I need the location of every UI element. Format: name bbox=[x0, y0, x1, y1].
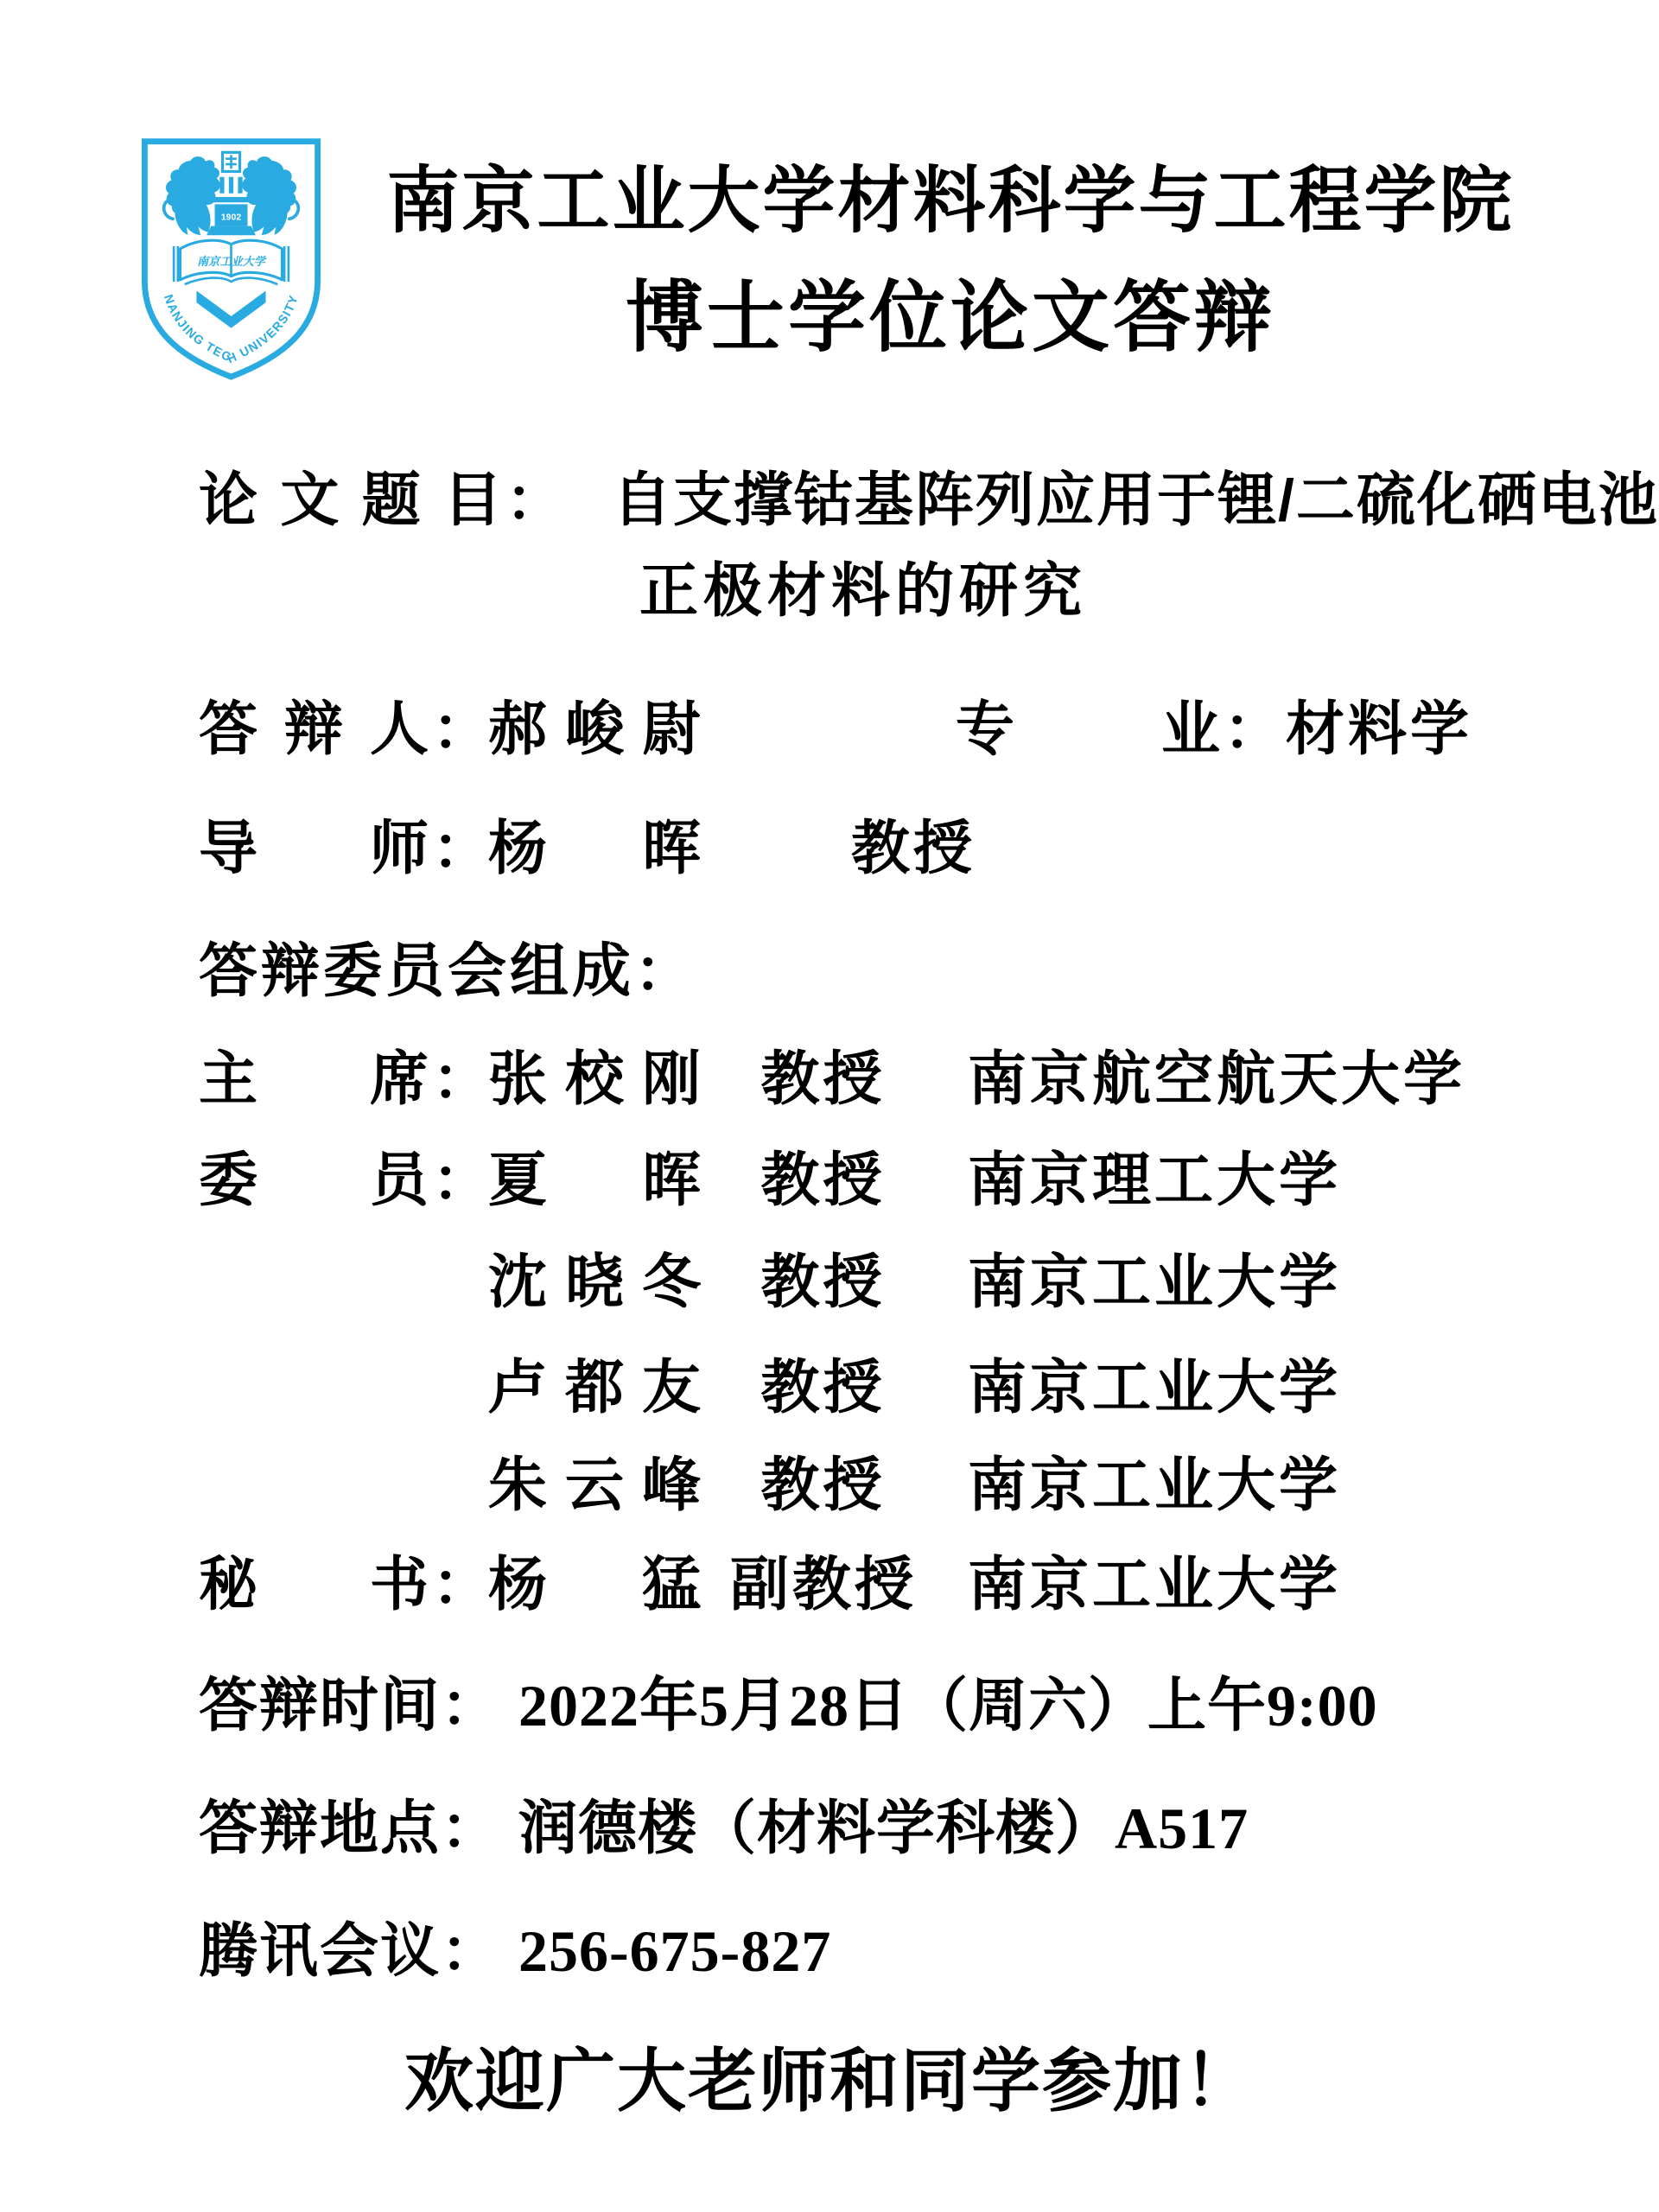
role-label: 委员 bbox=[199, 1151, 432, 1210]
time-label: 答辩时间 bbox=[199, 1673, 441, 1738]
member-title: 教授 bbox=[730, 1456, 916, 1515]
poster-header: 南京工业大学材料科学与工程学院 博士学位论文答辩 bbox=[363, 0, 1538, 406]
supervisor-label: 导师 bbox=[199, 819, 432, 878]
member-name: 张校刚 bbox=[488, 1050, 704, 1109]
major-label: 专业 bbox=[956, 700, 1224, 759]
colon: ： bbox=[432, 696, 494, 762]
member-name: 杨猛 bbox=[488, 1555, 704, 1614]
supervisor-name: 杨晖 bbox=[488, 819, 704, 878]
supervisor-title: 教授 bbox=[851, 819, 976, 878]
candidate-label-group: 答辩人： bbox=[199, 700, 494, 759]
supervisor-label-group: 导师： bbox=[199, 819, 494, 878]
founding-year: 1902 bbox=[221, 212, 242, 222]
member-name: 沈晓冬 bbox=[488, 1253, 704, 1312]
member-affiliation: 南京工业大学 bbox=[968, 1253, 1341, 1312]
colon: ： bbox=[441, 1796, 503, 1861]
member-affiliation: 南京工业大学 bbox=[968, 1456, 1341, 1515]
colon: ： bbox=[441, 1918, 503, 1984]
colon: ： bbox=[441, 1673, 503, 1738]
member-name: 朱云峰 bbox=[488, 1456, 704, 1515]
candidate-name: 郝峻尉 bbox=[488, 700, 704, 759]
colon: ： bbox=[505, 467, 568, 533]
role-group bbox=[199, 1358, 432, 1417]
role-group: 秘书： bbox=[199, 1555, 494, 1614]
meeting-label: 腾讯会议 bbox=[199, 1918, 441, 1984]
member-affiliation: 南京理工大学 bbox=[968, 1151, 1341, 1210]
meeting-id-value: 256-675-827 bbox=[518, 1918, 831, 1984]
role-label: 秘书 bbox=[199, 1555, 432, 1614]
meeting-id-row: 腾讯会议：256-675-827 bbox=[199, 1922, 831, 1980]
committee-row: 主席： 张校刚 教授 南京航空航天大学 bbox=[0, 1050, 1659, 1121]
shield-logo-icon: 1902 南京工业大学 NANJING TECH UNIVERSITY bbox=[130, 130, 333, 385]
colon: ： bbox=[432, 816, 494, 881]
school-title: 南京工业大学材料科学与工程学院 bbox=[363, 164, 1538, 237]
thesis-title-line2: 正极材料的研究 bbox=[639, 562, 1087, 620]
member-name: 夏晖 bbox=[488, 1151, 704, 1210]
member-title: 教授 bbox=[730, 1358, 916, 1417]
colon: ： bbox=[432, 1147, 494, 1213]
member-title: 副教授 bbox=[730, 1555, 916, 1614]
role-label: 主席 bbox=[199, 1050, 432, 1109]
defense-title: 博士学位论文答辩 bbox=[363, 278, 1538, 356]
defense-place-row: 答辩地点：润德楼（材料学科楼）A517 bbox=[199, 1799, 1249, 1858]
colon: ： bbox=[1224, 696, 1286, 762]
committee-row: 委员： 夏晖 教授 南京理工大学 bbox=[0, 1151, 1659, 1222]
member-affiliation: 南京工业大学 bbox=[968, 1555, 1341, 1614]
committee-heading: 答辩委员会组成： bbox=[199, 942, 696, 1001]
major-group: 专业：材料学 bbox=[956, 700, 1472, 759]
role-group: 主席： bbox=[199, 1050, 494, 1109]
committee-row: 秘书： 杨猛 副教授 南京工业大学 bbox=[0, 1555, 1659, 1626]
place-value: 润德楼（材料学科楼）A517 bbox=[518, 1796, 1249, 1861]
place-label: 答辩地点 bbox=[199, 1796, 441, 1861]
role-group bbox=[199, 1456, 432, 1515]
member-title: 教授 bbox=[730, 1050, 916, 1109]
thesis-label: 论文题目 bbox=[199, 471, 505, 530]
candidate-row: 答辩人： 郝峻尉 专业：材料学 bbox=[0, 700, 1659, 771]
role-group: 委员： bbox=[199, 1151, 494, 1210]
major-value: 材料学 bbox=[1286, 696, 1472, 762]
welcome-message: 欢迎广大老师和同学参加！ bbox=[0, 2046, 1659, 2115]
thesis-title-line1: 论文题目：自支撑钴基阵列应用于锂/二硫化硒电池 bbox=[199, 471, 1659, 530]
role-group bbox=[199, 1253, 432, 1312]
member-title: 教授 bbox=[730, 1151, 916, 1210]
colon: ： bbox=[432, 1046, 494, 1112]
time-value: 2022年5月28日（周六）上午9:00 bbox=[518, 1673, 1378, 1738]
thesis-title-text: 自支撑钴基阵列应用于锂/二硫化硒电池 bbox=[613, 467, 1659, 533]
book-calligraphy-text: 南京工业大学 bbox=[197, 255, 268, 269]
committee-row: 沈晓冬 教授 南京工业大学 bbox=[0, 1253, 1659, 1324]
member-affiliation: 南京工业大学 bbox=[968, 1358, 1341, 1417]
committee-row: 卢都友 教授 南京工业大学 bbox=[0, 1358, 1659, 1429]
member-title: 教授 bbox=[730, 1253, 916, 1312]
colon: ： bbox=[432, 1552, 494, 1618]
candidate-label: 答辩人 bbox=[199, 700, 432, 759]
supervisor-row: 导师： 杨晖 教授 bbox=[0, 819, 1659, 890]
defense-announcement-poster: 1902 南京工业大学 NANJING TECH UNIVERSITY 南京工业… bbox=[0, 0, 1659, 2212]
member-affiliation: 南京航空航天大学 bbox=[968, 1050, 1465, 1109]
university-logo: 1902 南京工业大学 NANJING TECH UNIVERSITY bbox=[130, 130, 333, 385]
defense-time-row: 答辩时间：2022年5月28日（周六）上午9:00 bbox=[199, 1676, 1378, 1735]
member-name: 卢都友 bbox=[488, 1358, 704, 1417]
committee-row: 朱云峰 教授 南京工业大学 bbox=[0, 1456, 1659, 1527]
